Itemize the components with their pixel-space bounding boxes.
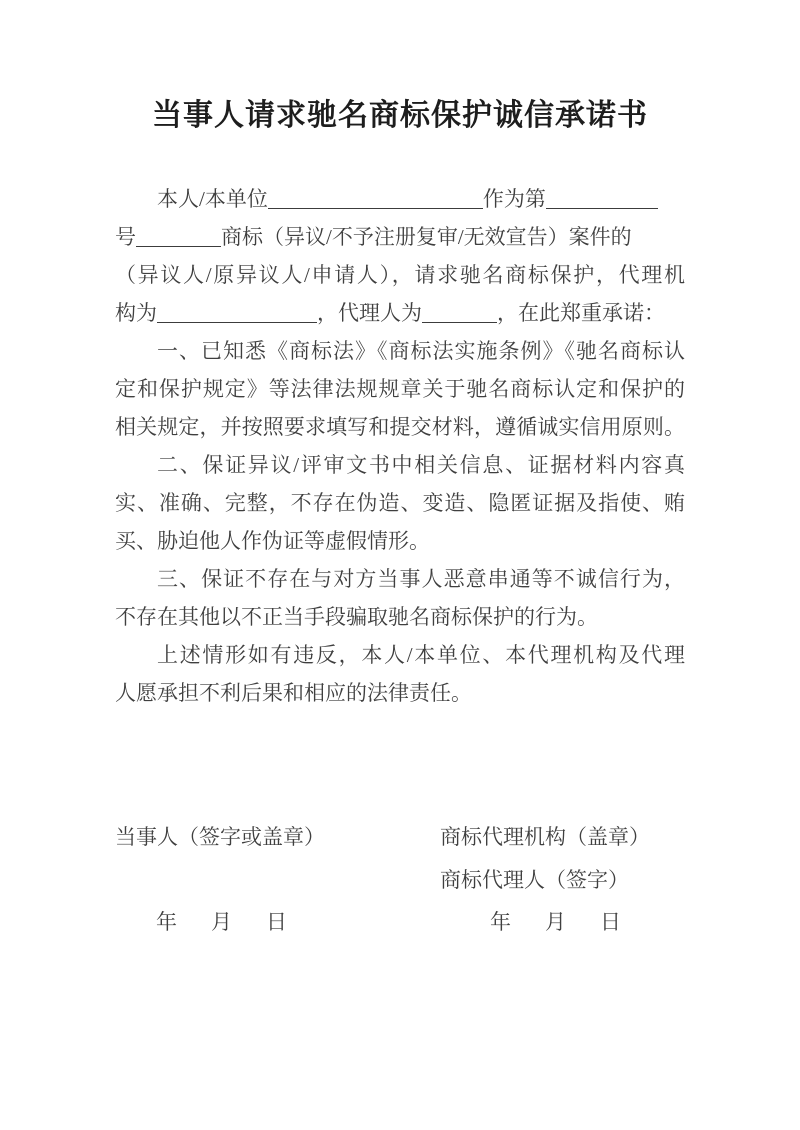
agency-seal-label: 商标代理机构（盖章） bbox=[440, 816, 685, 859]
signature-spacer bbox=[115, 859, 440, 902]
opening-text: 本人/本单位 bbox=[157, 187, 268, 211]
date-day-label: 日 bbox=[600, 902, 621, 942]
body-line: 二、保证异议/评审文书中相关信息、证据材料内容真 bbox=[115, 446, 685, 484]
date-month-label: 月 bbox=[545, 902, 566, 942]
body-line: 本人/本单位作为第 bbox=[115, 180, 685, 218]
body-line: 不存在其他以不正当手段骗取驰名商标保护的行为。 bbox=[115, 598, 685, 636]
body-line: 买、胁迫他人作伪证等虚假情形。 bbox=[115, 522, 685, 560]
agent-signature-label: 商标代理人（签字） bbox=[440, 859, 685, 902]
opening-text: ，代理人为 bbox=[317, 301, 422, 325]
fill-in-blank-case-number-cont bbox=[136, 225, 221, 247]
clause3-text: 三、保证不存在与对方当事人恶意串通等不诚信行为， bbox=[157, 567, 685, 591]
body-line: 一、已知悉《商标法》《商标法实施条例》《驰名商标认 bbox=[115, 332, 685, 370]
agency-date-line: 年月日 bbox=[440, 902, 685, 942]
clause2-text: 实、准确、完整，不存在伪造、变造、隐匿证据及指使、贿 bbox=[115, 491, 685, 515]
date-year-label: 年 bbox=[156, 902, 177, 942]
body-line: 号商标（异议/不予注册复审/无效宣告）案件的 bbox=[115, 218, 685, 256]
opening-text: （异议人/原异议人/申请人），请求驰名商标保护，代理机 bbox=[115, 263, 685, 287]
fill-in-blank-agency-name bbox=[157, 301, 317, 323]
opening-text: 作为第 bbox=[483, 187, 546, 211]
party-date-line: 年月日 bbox=[115, 902, 440, 942]
body-line: 人愿承担不利后果和相应的法律责任。 bbox=[115, 674, 685, 712]
clause3-text: 不存在其他以不正当手段骗取驰名商标保护的行为。 bbox=[115, 605, 598, 629]
clause1-text: 相关规定，并按照要求填写和提交材料，遵循诚实信用原则。 bbox=[115, 415, 685, 439]
document-title: 当事人请求驰名商标保护诚信承诺书 bbox=[0, 96, 800, 136]
date-day-label: 日 bbox=[266, 902, 287, 942]
date-year-label: 年 bbox=[490, 902, 511, 942]
fill-in-blank-agent-name bbox=[422, 301, 497, 323]
document-page: 当事人请求驰名商标保护诚信承诺书 本人/本单位作为第 号商标（异议/不予注册复审… bbox=[0, 0, 800, 1130]
signature-block: 当事人（签字或盖章） 商标代理机构（盖章） 商标代理人（签字） 年月日 年月日 bbox=[115, 816, 685, 942]
body-line: 构为，代理人为，在此郑重承诺： bbox=[115, 294, 685, 332]
body-line: 相关规定，并按照要求填写和提交材料，遵循诚实信用原则。 bbox=[115, 408, 685, 446]
opening-text: 商标（异议/不予注册复审/无效宣告）案件的 bbox=[221, 225, 632, 249]
fill-in-blank-case-number bbox=[546, 187, 658, 209]
closing-text: 上述情形如有违反，本人/本单位、本代理机构及代理 bbox=[157, 643, 685, 667]
opening-text: 号 bbox=[115, 225, 136, 249]
opening-text: ，在此郑重承诺： bbox=[497, 301, 665, 325]
clause2-text: 买、胁迫他人作伪证等虚假情形。 bbox=[115, 529, 430, 553]
clause1-text: 定和保护规定》等法律法规规章关于驰名商标认定和保护的 bbox=[115, 377, 685, 401]
signature-row: 当事人（签字或盖章） 商标代理机构（盖章） bbox=[115, 816, 685, 859]
fill-in-blank-applicant-name bbox=[268, 187, 483, 209]
closing-text: 人愿承担不利后果和相应的法律责任。 bbox=[115, 681, 472, 705]
body-line: 实、准确、完整，不存在伪造、变造、隐匿证据及指使、贿 bbox=[115, 484, 685, 522]
body-line: 定和保护规定》等法律法规规章关于驰名商标认定和保护的 bbox=[115, 370, 685, 408]
body-line: 三、保证不存在与对方当事人恶意串通等不诚信行为， bbox=[115, 560, 685, 598]
opening-text: 构为 bbox=[115, 301, 157, 325]
document-body: 本人/本单位作为第 号商标（异议/不予注册复审/无效宣告）案件的 （异议人/原异… bbox=[115, 180, 685, 712]
body-line: （异议人/原异议人/申请人），请求驰名商标保护，代理机 bbox=[115, 256, 685, 294]
clause1-text: 一、已知悉《商标法》《商标法实施条例》《驰名商标认 bbox=[157, 339, 685, 363]
body-line: 上述情形如有违反，本人/本单位、本代理机构及代理 bbox=[115, 636, 685, 674]
date-month-label: 月 bbox=[211, 902, 232, 942]
clause2-text: 二、保证异议/评审文书中相关信息、证据材料内容真 bbox=[157, 453, 685, 477]
date-row: 年月日 年月日 bbox=[115, 902, 685, 942]
party-signature-label: 当事人（签字或盖章） bbox=[115, 816, 440, 859]
signature-row: 商标代理人（签字） bbox=[115, 859, 685, 902]
